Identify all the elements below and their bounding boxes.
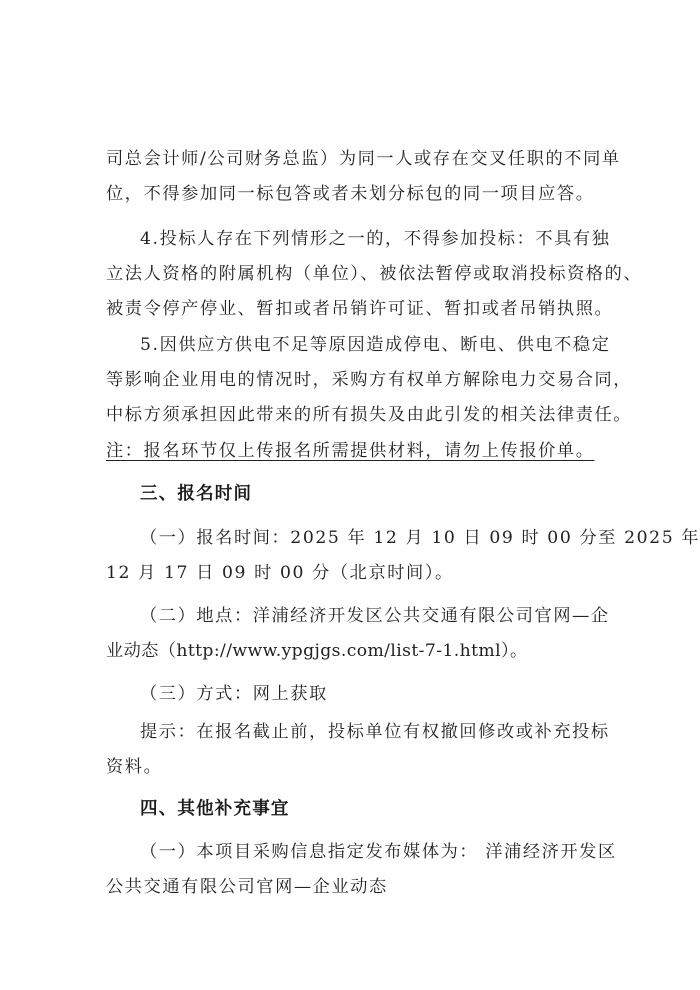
item5-line-3: 中标方须承担因此带来的所有损失及由此引发的相关法律责任。 (106, 403, 632, 427)
location-line-1: （二）地点：洋浦经济开发区公共交通有限公司官网—企 (140, 604, 610, 628)
item4-line-1: 4.投标人存在下列情形之一的，不得参加投标：不具有独 (140, 227, 611, 251)
item5-line-2: 等影响企业用电的情况时，采购方有权单方解除电力交易合同， (106, 368, 632, 392)
registration-time-line-2: 12 月 17 日 09 时 00 分（北京时间）。 (106, 561, 454, 585)
section4-heading: 四、其他补充事宜 (140, 797, 290, 821)
registration-time-line-1: （一）报名时间：2025 年 12 月 10 日 09 时 00 分至 2025… (140, 526, 700, 550)
item5-line-1: 5.因供应方供电不足等原因造成停电、断电、供电不稳定 (140, 333, 611, 357)
section3-heading: 三、报名时间 (140, 482, 252, 506)
document-page: 司总会计师/公司财务总监）为同一人或存在交叉任职的不同单 位，不得参加同一标包答… (0, 0, 700, 990)
method-line: （三）方式：网上获取 (140, 682, 328, 706)
continuation-line-1: 司总会计师/公司财务总监）为同一人或存在交叉任职的不同单 (106, 147, 621, 171)
media-line-1: （一）本项目采购信息指定发布媒体为： 洋浦经济开发区 (140, 840, 617, 864)
tip-line-1: 提示：在报名截止前，投标单位有权撤回修改或补充投标 (140, 720, 610, 744)
location-line-2: 业动态（http://www.ypgjgs.com/list-7-1.html）… (106, 639, 528, 663)
continuation-line-2: 位，不得参加同一标包答或者未划分标包的同一项目应答。 (106, 182, 594, 206)
item4-line-3: 被责令停产停业、暂扣或者吊销许可证、暂扣或者吊销执照。 (106, 297, 613, 321)
media-line-2: 公共交通有限公司官网—企业动态 (106, 875, 388, 899)
item4-line-2: 立法人资格的附属机构（单位）、被依法暂停或取消投标资格的、 (106, 262, 642, 286)
tip-line-2: 资料。 (106, 755, 162, 779)
upload-note: 注：报名环节仅上传报名所需提供材料，请勿上传报价单。 (106, 439, 604, 463)
